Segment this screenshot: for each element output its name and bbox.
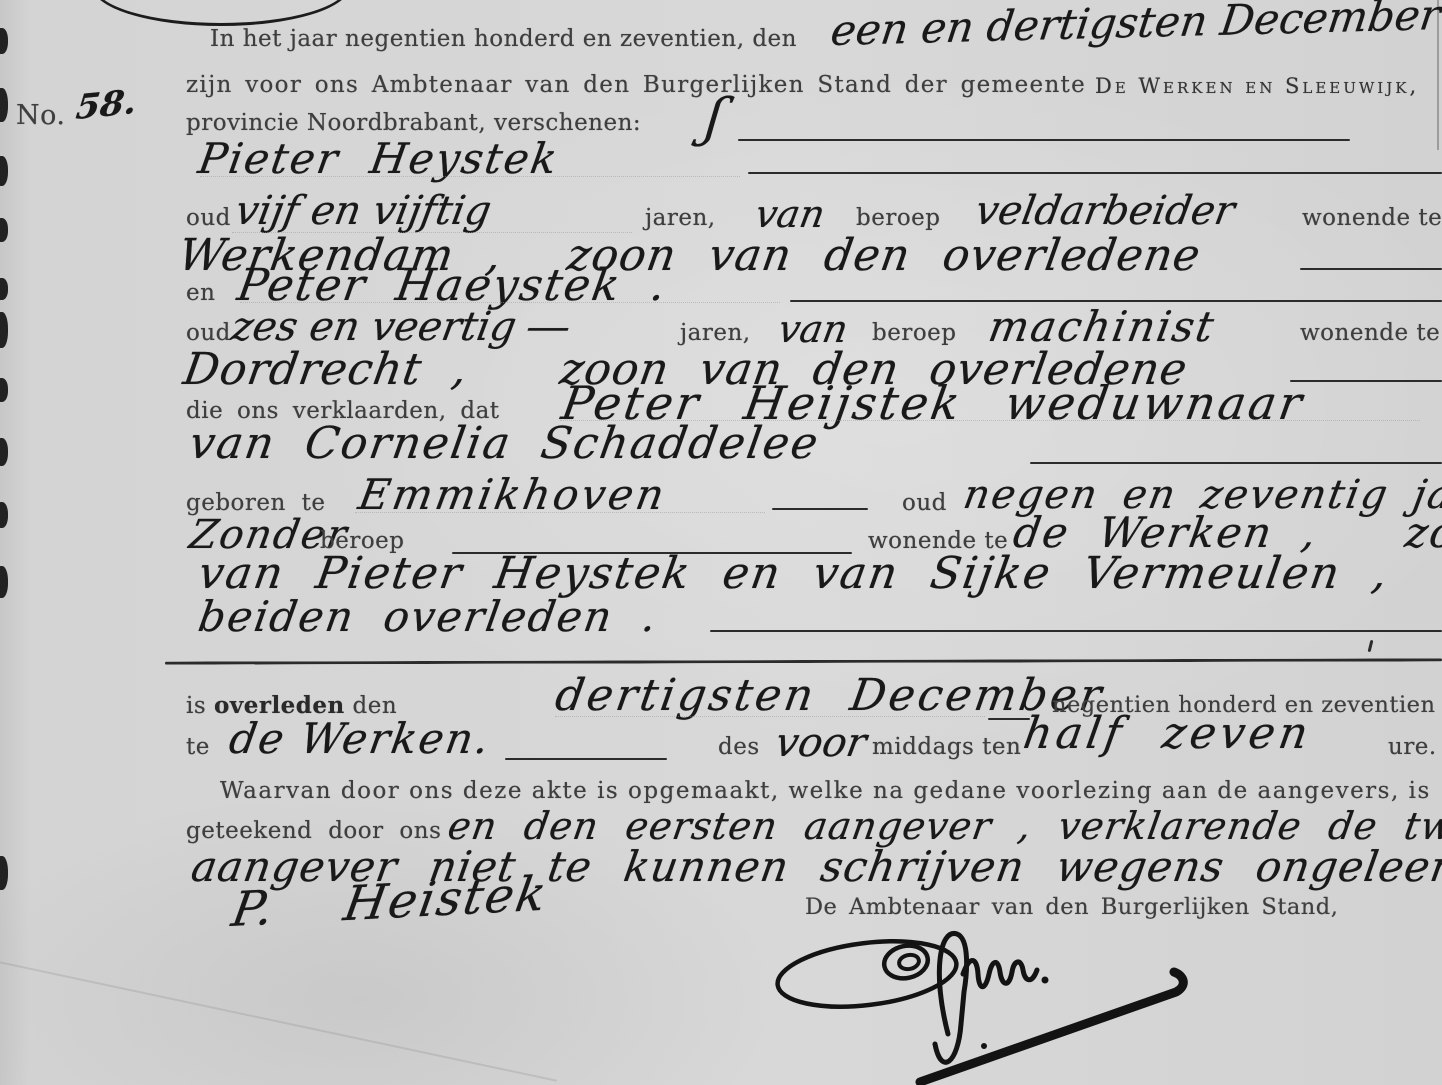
official-signature (770, 912, 1200, 1085)
film-edge-artifact (0, 856, 8, 890)
print-middags-ten: middags ten (872, 734, 1021, 760)
film-edge-artifact (0, 502, 8, 528)
print-province-line: provincie Noordbrabant, verschenen: (186, 110, 641, 136)
death-time: half zeven (1020, 708, 1315, 759)
print-closing-line: Waarvan door ons deze akte is opgemaakt,… (220, 778, 1431, 804)
cropped-flourish-arc (92, 0, 350, 26)
paper-scratch (0, 955, 557, 1082)
print-jaren-1: jaren, (645, 205, 716, 231)
declarant1-age: vijf en vijftig (232, 188, 495, 234)
print-wonende-2: wonende te (1300, 320, 1440, 346)
print-te: te (186, 734, 210, 760)
print-oud-deceased: oud (902, 490, 947, 516)
print-wonende-1: wonende te (1302, 205, 1442, 231)
print-is: is (186, 693, 214, 719)
hand-voor: voor (772, 720, 870, 766)
print-en: en (186, 280, 215, 306)
deceased-parents-status: beiden overleden . (195, 592, 662, 641)
film-edge-artifact (0, 278, 8, 300)
hand-act-date: een en dertigsten December (828, 0, 1442, 55)
municipality-name: De Werken en Sleeuwijk, (1095, 74, 1419, 98)
declarant1-occupation: veldarbeider (972, 188, 1238, 234)
record-no-label: No. (16, 100, 66, 131)
print-official-line: zijn voor ons Ambtenaar van den Burgerli… (186, 72, 1086, 98)
print-geteekend: geteekend door ons (186, 818, 441, 844)
record-no-value: 58. (74, 82, 138, 128)
death-place: de Werken. (226, 714, 494, 763)
deceased-spouse: van Cornelia Schaddelee (186, 418, 823, 469)
film-edge-artifact (0, 156, 8, 186)
print-beroep-2: beroep (872, 320, 957, 346)
print-oud-2: oud (186, 320, 231, 346)
ink-speck (1368, 640, 1374, 652)
death-date: dertigsten December (552, 670, 1108, 721)
film-edge-artifact (0, 566, 8, 598)
print-beroep-1: beroep (856, 205, 941, 231)
print-oud-1: oud (186, 205, 231, 231)
film-edge-artifact (0, 88, 8, 122)
death-certificate-scan: No. 58. In het jaar negentien honderd en… (0, 0, 1442, 1085)
print-year-line: In het jaar negentien honderd en zeventi… (210, 26, 797, 52)
film-edge-artifact (0, 378, 8, 402)
print-jaren-2: jaren, (680, 320, 751, 346)
film-edge-artifact (0, 218, 8, 242)
film-edge-artifact (0, 312, 8, 348)
film-edge-artifact (0, 28, 8, 54)
print-ure: ure. (1388, 734, 1437, 760)
print-des: des (718, 734, 760, 760)
film-edge-artifact (0, 438, 8, 466)
